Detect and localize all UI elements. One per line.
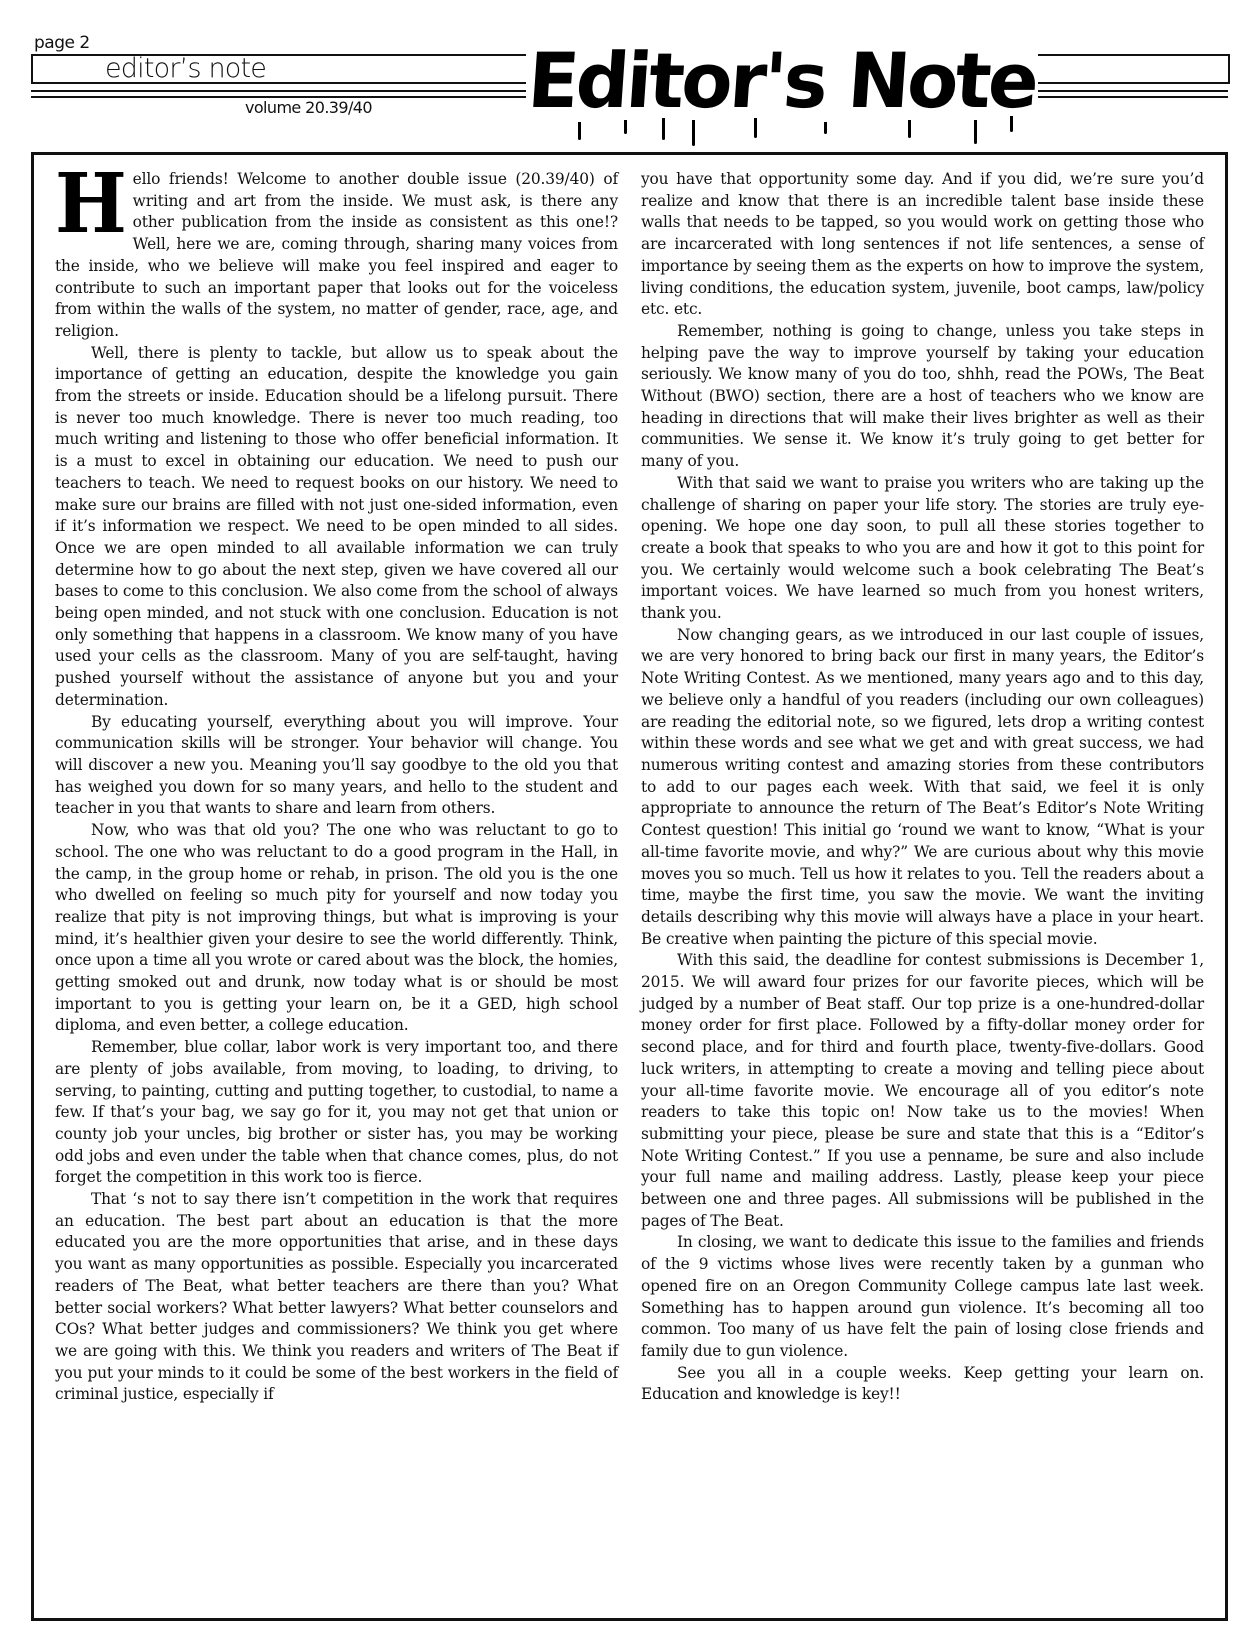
article-paragraph: In closing, we want to dedicate this iss… [641, 1232, 1204, 1362]
paint-drip-icon [624, 120, 627, 134]
article-paragraph: Remember, nothing is going to change, un… [641, 321, 1204, 473]
volume-label: volume 20.39/40 [245, 98, 372, 117]
masthead-title: Editor's Note [522, 34, 1042, 134]
paint-drip-icon [824, 122, 827, 134]
article-column-right: you have that opportunity some day. And … [641, 169, 1204, 1406]
article-paragraph: Remember, blue collar, labor work is ver… [55, 1037, 618, 1189]
paragraph-text: ello friends! Welcome to another double … [55, 170, 618, 340]
article-paragraph: With that said we want to praise you wri… [641, 473, 1204, 625]
article-paragraph: With this said, the deadline for contest… [641, 950, 1204, 1232]
article-paragraph: Now, who was that old you? The one who w… [55, 820, 618, 1037]
article-paragraph: By educating yourself, everything about … [55, 712, 618, 821]
drop-cap: H [55, 171, 127, 238]
paint-drip-icon [908, 120, 911, 138]
page-number: page 2 [34, 33, 90, 53]
article-column-left: Hello friends! Welcome to another double… [55, 169, 618, 1406]
paint-drip-icon [1010, 116, 1013, 132]
paint-drip-icon [578, 122, 581, 140]
paint-drip-icon [692, 120, 695, 146]
paint-drip-icon [662, 118, 665, 140]
section-label: editor’s note [105, 54, 266, 84]
article-paragraph: Now changing gears, as we introduced in … [641, 625, 1204, 951]
paint-drip-icon [974, 120, 977, 144]
article-paragraph: That ‘s not to say there isn’t competiti… [55, 1189, 618, 1406]
paint-drip-icon [754, 118, 757, 138]
article-paragraph: you have that opportunity some day. And … [641, 169, 1204, 321]
article-frame: Hello friends! Welcome to another double… [31, 152, 1228, 1621]
article-paragraph: Hello friends! Welcome to another double… [55, 169, 618, 343]
masthead-title-text: Editor's Note [524, 36, 1040, 126]
article-paragraph: Well, there is plenty to tackle, but all… [55, 343, 618, 712]
article-paragraph: See you all in a couple weeks. Keep gett… [641, 1363, 1204, 1406]
